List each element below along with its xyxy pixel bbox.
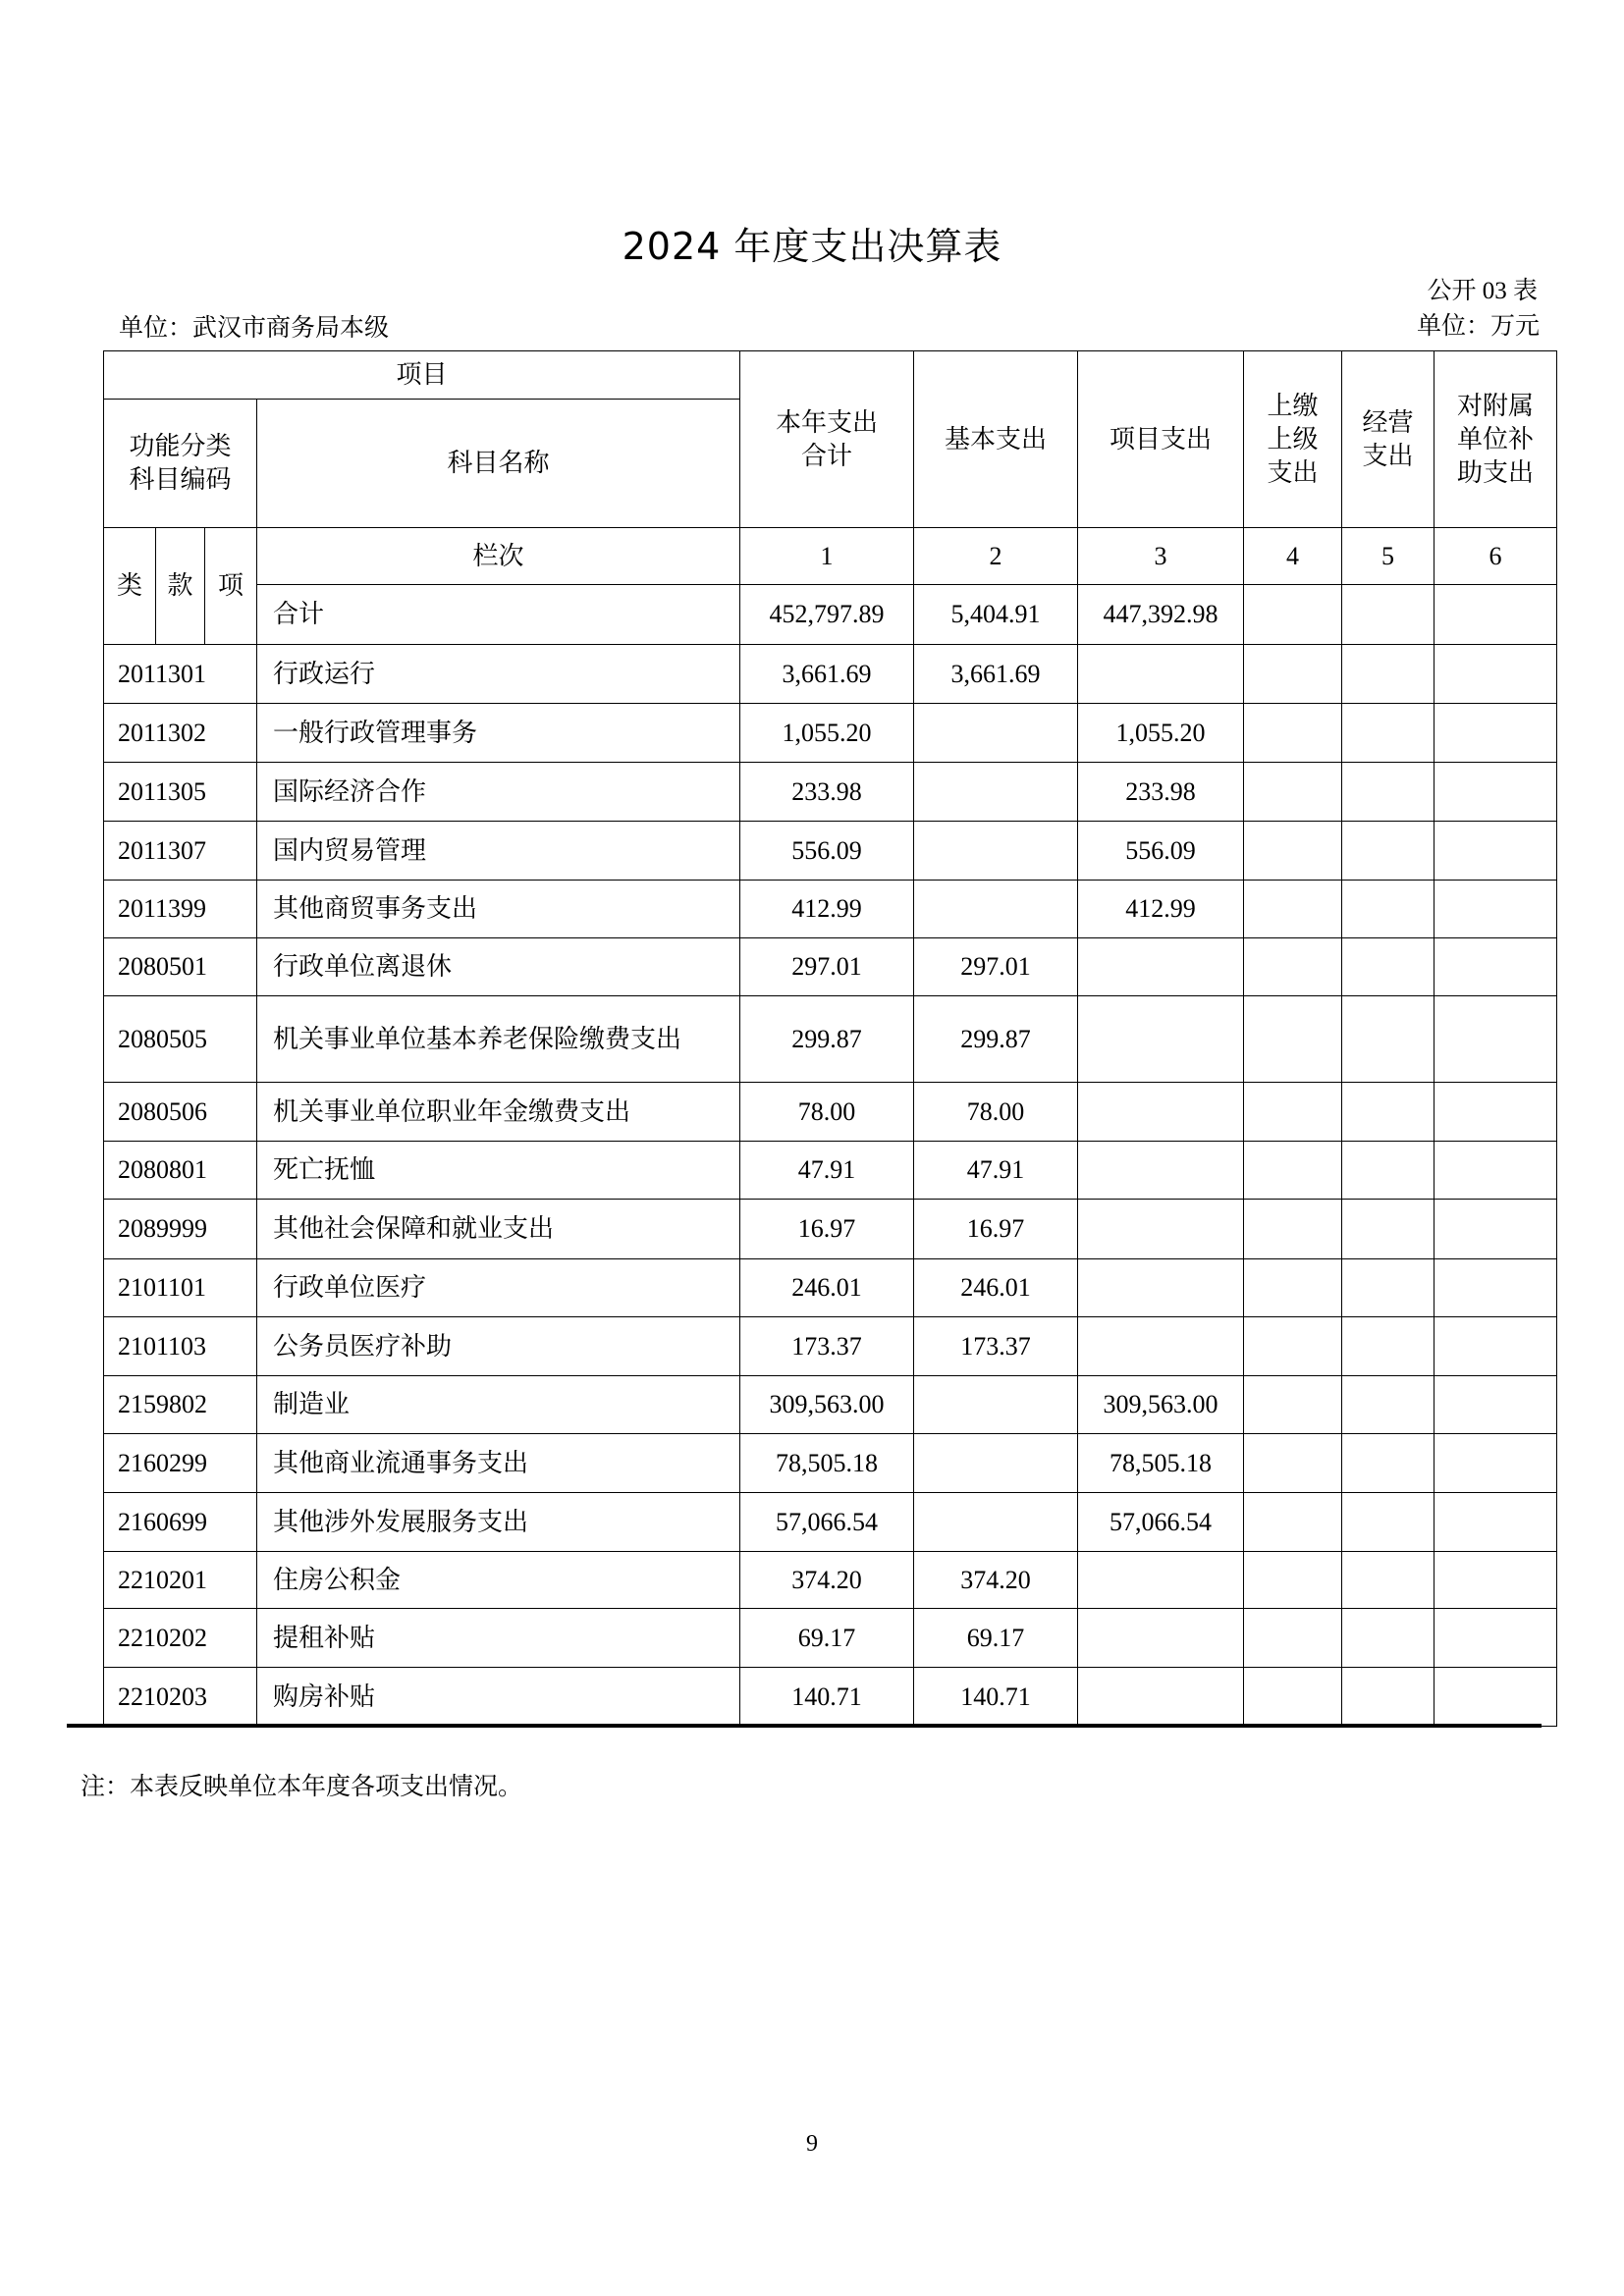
row-code: 2210202 <box>104 1609 257 1668</box>
row-code: 2011307 <box>104 822 257 881</box>
row-value-3 <box>1078 645 1244 704</box>
row-value-3 <box>1078 1609 1244 1668</box>
row-value-4 <box>1244 1493 1342 1552</box>
row-subject-name: 其他社会保障和就业支出 <box>257 1200 740 1259</box>
row-value-6 <box>1435 1493 1557 1552</box>
total-value-6 <box>1435 585 1557 645</box>
col-index-6: 6 <box>1435 528 1557 585</box>
row-code: 2160699 <box>104 1493 257 1552</box>
header-col-2: 基本支出 <box>914 351 1078 528</box>
row-value-1: 69.17 <box>740 1609 914 1668</box>
total-value-1: 452,797.89 <box>740 585 914 645</box>
row-value-3: 1,055.20 <box>1078 704 1244 763</box>
row-subject-name: 国内贸易管理 <box>257 822 740 881</box>
row-value-6 <box>1435 1376 1557 1434</box>
row-value-3 <box>1078 1083 1244 1142</box>
row-value-6 <box>1435 1142 1557 1200</box>
header-kuan: 款 <box>156 528 205 645</box>
row-value-3 <box>1078 1668 1244 1727</box>
row-value-2: 78.00 <box>914 1083 1078 1142</box>
row-code: 2011305 <box>104 763 257 822</box>
table-row: 2210201住房公积金374.20374.20 <box>104 1552 1557 1609</box>
row-subject-name: 死亡抚恤 <box>257 1142 740 1200</box>
row-value-5 <box>1342 1609 1435 1668</box>
row-value-1: 140.71 <box>740 1668 914 1727</box>
row-subject-name: 国际经济合作 <box>257 763 740 822</box>
header-col-4: 上缴 上级 支出 <box>1244 351 1342 528</box>
row-value-3 <box>1078 1259 1244 1317</box>
header-xiang: 项 <box>205 528 257 645</box>
header-col-1-line-2: 合计 <box>740 440 913 473</box>
header-col-1-line-1: 本年支出 <box>740 406 913 440</box>
row-subject-name: 一般行政管理事务 <box>257 704 740 763</box>
row-value-5 <box>1342 763 1435 822</box>
row-value-1: 16.97 <box>740 1200 914 1259</box>
row-value-3 <box>1078 1142 1244 1200</box>
row-value-1: 309,563.00 <box>740 1376 914 1434</box>
row-value-3 <box>1078 996 1244 1083</box>
header-col-6-line-3: 助支出 <box>1435 456 1556 490</box>
header-col-5-line-1: 经营 <box>1342 406 1434 440</box>
row-value-2: 299.87 <box>914 996 1078 1083</box>
row-value-2 <box>914 1376 1078 1434</box>
row-subject-name: 其他商贸事务支出 <box>257 881 740 938</box>
row-subject-name: 提租补贴 <box>257 1609 740 1668</box>
header-col-4-line-3: 支出 <box>1244 456 1341 490</box>
row-code: 2101101 <box>104 1259 257 1317</box>
row-value-4 <box>1244 938 1342 996</box>
total-value-4 <box>1244 585 1342 645</box>
row-value-2 <box>914 881 1078 938</box>
row-value-1: 57,066.54 <box>740 1493 914 1552</box>
row-value-3 <box>1078 1200 1244 1259</box>
currency-unit: 单位：万元 <box>1417 312 1540 342</box>
row-code: 2011301 <box>104 645 257 704</box>
row-code: 2210201 <box>104 1552 257 1609</box>
header-func-code-line-1: 功能分类 <box>104 430 256 463</box>
row-subject-name: 机关事业单位职业年金缴费支出 <box>257 1083 740 1142</box>
header-row-index: 类 款 项 栏次 1 2 3 4 5 6 <box>104 528 1557 585</box>
row-value-3: 556.09 <box>1078 822 1244 881</box>
table-row: 2160299其他商业流通事务支出78,505.1878,505.18 <box>104 1434 1557 1493</box>
reporting-unit: 单位：武汉市商务局本级 <box>119 314 389 344</box>
header-item: 项目 <box>104 351 740 400</box>
row-code: 2210203 <box>104 1668 257 1727</box>
table-row: 2011307国内贸易管理556.09556.09 <box>104 822 1557 881</box>
header-col-6: 对附属 单位补 助支出 <box>1435 351 1557 528</box>
row-value-5 <box>1342 1493 1435 1552</box>
row-value-4 <box>1244 1142 1342 1200</box>
total-value-5 <box>1342 585 1435 645</box>
row-value-2: 173.37 <box>914 1317 1078 1376</box>
table-row: 2101101行政单位医疗246.01246.01 <box>104 1259 1557 1317</box>
row-value-2 <box>914 1434 1078 1493</box>
header-subject-name: 科目名称 <box>257 400 740 528</box>
table-row: 2210203购房补贴140.71140.71 <box>104 1668 1557 1727</box>
row-value-1: 1,055.20 <box>740 704 914 763</box>
row-value-1: 173.37 <box>740 1317 914 1376</box>
header-func-code: 功能分类 科目编码 <box>104 400 257 528</box>
col-index-4: 4 <box>1244 528 1342 585</box>
row-value-4 <box>1244 704 1342 763</box>
row-value-5 <box>1342 938 1435 996</box>
row-value-4 <box>1244 1376 1342 1434</box>
total-label: 合计 <box>257 585 740 645</box>
row-value-3 <box>1078 938 1244 996</box>
row-subject-name: 机关事业单位基本养老保险缴费支出 <box>257 996 740 1083</box>
row-value-5 <box>1342 1083 1435 1142</box>
row-value-3: 309,563.00 <box>1078 1376 1244 1434</box>
row-value-4 <box>1244 1200 1342 1259</box>
row-value-2: 140.71 <box>914 1668 1078 1727</box>
row-value-3: 412.99 <box>1078 881 1244 938</box>
row-value-6 <box>1435 763 1557 822</box>
form-number: 公开 03 表 <box>1427 277 1538 306</box>
table-row: 2011301行政运行3,661.693,661.69 <box>104 645 1557 704</box>
row-subject-name: 购房补贴 <box>257 1668 740 1727</box>
row-value-6 <box>1435 704 1557 763</box>
row-subject-name: 行政单位医疗 <box>257 1259 740 1317</box>
row-value-4 <box>1244 763 1342 822</box>
row-value-6 <box>1435 1552 1557 1609</box>
header-col-3: 项目支出 <box>1078 351 1244 528</box>
row-code: 2080506 <box>104 1083 257 1142</box>
expenditure-table: 项目 本年支出 合计 基本支出 项目支出 上缴 上级 支出 经营 支出 对附属 <box>103 350 1557 1727</box>
row-value-3 <box>1078 1317 1244 1376</box>
row-value-5 <box>1342 1434 1435 1493</box>
row-value-3: 57,066.54 <box>1078 1493 1244 1552</box>
col-index-2: 2 <box>914 528 1078 585</box>
header-row-item: 项目 本年支出 合计 基本支出 项目支出 上缴 上级 支出 经营 支出 对附属 <box>104 351 1557 400</box>
row-value-2: 3,661.69 <box>914 645 1078 704</box>
row-value-5 <box>1342 881 1435 938</box>
row-value-4 <box>1244 1668 1342 1727</box>
header-col-3-line-1: 项目支出 <box>1078 423 1243 456</box>
page-title: 2024 年度支出决算表 <box>0 222 1624 271</box>
row-code: 2011399 <box>104 881 257 938</box>
row-value-1: 299.87 <box>740 996 914 1083</box>
row-value-1: 3,661.69 <box>740 645 914 704</box>
row-value-1: 374.20 <box>740 1552 914 1609</box>
row-value-4 <box>1244 881 1342 938</box>
row-value-3: 233.98 <box>1078 763 1244 822</box>
page-number: 9 <box>0 2130 1624 2158</box>
row-value-3 <box>1078 1552 1244 1609</box>
row-value-2: 246.01 <box>914 1259 1078 1317</box>
row-value-5 <box>1342 645 1435 704</box>
table-row: 2080506机关事业单位职业年金缴费支出78.0078.00 <box>104 1083 1557 1142</box>
row-value-6 <box>1435 822 1557 881</box>
table-row: 2080501行政单位离退休297.01297.01 <box>104 938 1557 996</box>
row-code: 2089999 <box>104 1200 257 1259</box>
header-func-code-line-2: 科目编码 <box>104 463 256 497</box>
table-row: 2011302一般行政管理事务1,055.201,055.20 <box>104 704 1557 763</box>
header-col-4-line-2: 上级 <box>1244 423 1341 456</box>
row-value-6 <box>1435 1609 1557 1668</box>
row-value-4 <box>1244 1609 1342 1668</box>
row-value-6 <box>1435 1434 1557 1493</box>
row-value-6 <box>1435 881 1557 938</box>
table-row: 2089999其他社会保障和就业支出16.9716.97 <box>104 1200 1557 1259</box>
row-value-5 <box>1342 1668 1435 1727</box>
row-value-6 <box>1435 1200 1557 1259</box>
row-value-1: 412.99 <box>740 881 914 938</box>
row-value-6 <box>1435 1668 1557 1727</box>
total-value-2: 5,404.91 <box>914 585 1078 645</box>
row-code: 2011302 <box>104 704 257 763</box>
table-row: 2159802制造业309,563.00309,563.00 <box>104 1376 1557 1434</box>
row-value-1: 78.00 <box>740 1083 914 1142</box>
row-code: 2080505 <box>104 996 257 1083</box>
row-code: 2160299 <box>104 1434 257 1493</box>
row-value-5 <box>1342 1317 1435 1376</box>
row-subject-name: 行政运行 <box>257 645 740 704</box>
row-value-6 <box>1435 1317 1557 1376</box>
table-note: 注：本表反映单位本年度各项支出情况。 <box>81 1773 522 1802</box>
table-row: 2011399其他商贸事务支出412.99412.99 <box>104 881 1557 938</box>
row-value-4 <box>1244 1317 1342 1376</box>
row-value-5 <box>1342 1376 1435 1434</box>
row-subject-name: 制造业 <box>257 1376 740 1434</box>
row-value-2 <box>914 763 1078 822</box>
table-row: 2160699其他涉外发展服务支出57,066.5457,066.54 <box>104 1493 1557 1552</box>
col-index-1: 1 <box>740 528 914 585</box>
header-col-6-line-2: 单位补 <box>1435 423 1556 456</box>
total-row: 合计 452,797.89 5,404.91 447,392.98 <box>104 585 1557 645</box>
row-value-1: 297.01 <box>740 938 914 996</box>
table-row: 2080505机关事业单位基本养老保险缴费支出299.87299.87 <box>104 996 1557 1083</box>
row-value-2: 69.17 <box>914 1609 1078 1668</box>
row-value-6 <box>1435 1083 1557 1142</box>
row-value-5 <box>1342 704 1435 763</box>
row-value-5 <box>1342 1200 1435 1259</box>
row-value-4 <box>1244 1552 1342 1609</box>
header-lei: 类 <box>104 528 156 645</box>
table-row: 2210202提租补贴69.1769.17 <box>104 1609 1557 1668</box>
row-value-2: 47.91 <box>914 1142 1078 1200</box>
row-value-6 <box>1435 996 1557 1083</box>
row-value-4 <box>1244 645 1342 704</box>
header-col-2-line-1: 基本支出 <box>914 423 1077 456</box>
col-index-5: 5 <box>1342 528 1435 585</box>
row-value-1: 556.09 <box>740 822 914 881</box>
row-code: 2159802 <box>104 1376 257 1434</box>
header-col-5: 经营 支出 <box>1342 351 1435 528</box>
row-value-2: 374.20 <box>914 1552 1078 1609</box>
header-col-4-line-1: 上缴 <box>1244 390 1341 423</box>
row-value-4 <box>1244 822 1342 881</box>
row-value-5 <box>1342 1259 1435 1317</box>
row-value-4 <box>1244 996 1342 1083</box>
header-col-1: 本年支出 合计 <box>740 351 914 528</box>
row-value-2 <box>914 1493 1078 1552</box>
row-value-5 <box>1342 822 1435 881</box>
row-value-6 <box>1435 645 1557 704</box>
row-value-1: 233.98 <box>740 763 914 822</box>
row-value-2: 297.01 <box>914 938 1078 996</box>
row-value-5 <box>1342 1552 1435 1609</box>
table-row: 2101103公务员医疗补助173.37173.37 <box>104 1317 1557 1376</box>
row-subject-name: 住房公积金 <box>257 1552 740 1609</box>
row-code: 2080801 <box>104 1142 257 1200</box>
row-subject-name: 公务员医疗补助 <box>257 1317 740 1376</box>
row-value-2 <box>914 822 1078 881</box>
header-col-index-label: 栏次 <box>257 528 740 585</box>
row-subject-name: 行政单位离退休 <box>257 938 740 996</box>
row-value-1: 246.01 <box>740 1259 914 1317</box>
row-value-2: 16.97 <box>914 1200 1078 1259</box>
col-index-3: 3 <box>1078 528 1244 585</box>
row-value-1: 78,505.18 <box>740 1434 914 1493</box>
row-value-1: 47.91 <box>740 1142 914 1200</box>
header-col-5-line-2: 支出 <box>1342 440 1434 473</box>
table-row: 2011305国际经济合作233.98233.98 <box>104 763 1557 822</box>
table-row: 2080801死亡抚恤47.9147.91 <box>104 1142 1557 1200</box>
row-value-5 <box>1342 996 1435 1083</box>
row-value-5 <box>1342 1142 1435 1200</box>
header-col-6-line-1: 对附属 <box>1435 390 1556 423</box>
row-value-4 <box>1244 1083 1342 1142</box>
row-subject-name: 其他商业流通事务支出 <box>257 1434 740 1493</box>
table-bottom-rule <box>67 1724 1542 1728</box>
row-value-6 <box>1435 1259 1557 1317</box>
row-value-3: 78,505.18 <box>1078 1434 1244 1493</box>
total-value-3: 447,392.98 <box>1078 585 1244 645</box>
row-subject-name: 其他涉外发展服务支出 <box>257 1493 740 1552</box>
row-code: 2080501 <box>104 938 257 996</box>
row-value-4 <box>1244 1259 1342 1317</box>
row-value-2 <box>914 704 1078 763</box>
row-value-4 <box>1244 1434 1342 1493</box>
row-code: 2101103 <box>104 1317 257 1376</box>
row-value-6 <box>1435 938 1557 996</box>
